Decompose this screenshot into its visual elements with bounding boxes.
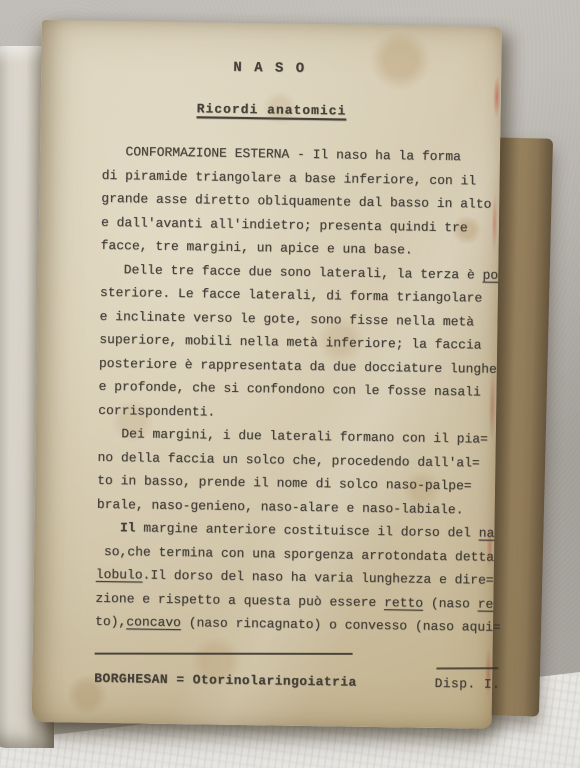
text-segment: to),: [95, 614, 126, 629]
text-segment: [96, 520, 120, 535]
page-title: N A S O: [103, 55, 517, 85]
text-segment: .Il dorso del naso ha varia lunghezza e …: [142, 568, 493, 588]
text-segment: concavo: [126, 614, 181, 630]
paragraph: Il margine anteriore costituisce il dors…: [95, 516, 511, 640]
text-segment: superiore, mobili nella metà inferiore; …: [99, 332, 481, 353]
typewritten-text: N A S O Ricordi anatomici CONFORMAZIONE …: [95, 55, 518, 640]
book-page: N A S O Ricordi anatomici CONFORMAZIONE …: [32, 20, 502, 729]
text-segment: posteriore è rappresentata da due doccia…: [99, 355, 497, 376]
text-segment: grande asse diretto obliquamente dal bas…: [101, 191, 491, 212]
text-segment: no della faccia un solco che, procedendo…: [97, 449, 479, 470]
footer-dispensa: Disp. I.: [434, 676, 500, 692]
photo-scene: N A S O Ricordi anatomici CONFORMAZIONE …: [0, 0, 580, 768]
text-segment: Il: [120, 520, 136, 535]
paragraph: Dei margini, i due laterali formano con …: [97, 422, 512, 522]
text-segment: facce, tre margini, un apice e una base.: [101, 238, 413, 258]
text-segment: to in basso, prende il nome di solco nas…: [97, 473, 472, 494]
text-segment: retto: [384, 595, 423, 611]
paragraph: CONFORMAZIONE ESTERNA - Il naso ha la fo…: [100, 140, 516, 264]
page-footer: BORGHESAN = Otorinolaringoiatria Disp. I…: [94, 671, 500, 692]
footer-rule-right: [436, 667, 498, 669]
text-segment: margine anteriore costituisce il dorso d…: [135, 520, 478, 540]
text-segment: lobulo: [96, 567, 143, 583]
text-segment: CONFORMAZIONE ESTERNA - Il naso ha la fo…: [102, 144, 461, 164]
text-segment: na: [479, 526, 495, 541]
paragraphs: CONFORMAZIONE ESTERNA - Il naso ha la fo…: [95, 140, 516, 640]
text-segment: re: [478, 596, 494, 611]
text-segment: corrispondenti.: [98, 402, 215, 419]
text-segment: Delle tre facce due sono laterali, la te…: [100, 261, 482, 282]
text-segment: (naso: [423, 595, 478, 611]
footer-rule-left: [95, 653, 353, 655]
text-segment: e dall'avanti all'indietro; presenta qui…: [101, 214, 468, 234]
text-segment: zione e rispetto a questa può essere: [95, 590, 384, 609]
text-segment: brale, naso-genieno, naso-alare e naso-l…: [97, 496, 464, 516]
section-heading: Ricordi anatomici: [103, 95, 517, 125]
text-segment: po: [482, 267, 498, 282]
text-segment: (naso rincagnato) o convesso (naso aqui=: [181, 615, 501, 635]
text-segment: steriore. Le facce laterali, di forma tr…: [100, 285, 482, 306]
footer-author: BORGHESAN = Otorinolaringoiatria: [94, 671, 357, 690]
text-segment: e profonde, che si confondono con le fos…: [98, 379, 480, 400]
paragraph: Delle tre facce due sono laterali, la te…: [98, 257, 514, 428]
text-segment: Dei margini, i due laterali formano con …: [98, 426, 488, 447]
text-segment: e inclinate verso le gote, sono fisse ne…: [100, 308, 475, 329]
text-line: to),concavo (naso rincagnato) o convesso…: [95, 610, 509, 640]
text-segment: di piramide triangolare a base inferiore…: [102, 167, 477, 188]
text-segment: so,che termina con una sporgenza arroton…: [96, 543, 494, 564]
